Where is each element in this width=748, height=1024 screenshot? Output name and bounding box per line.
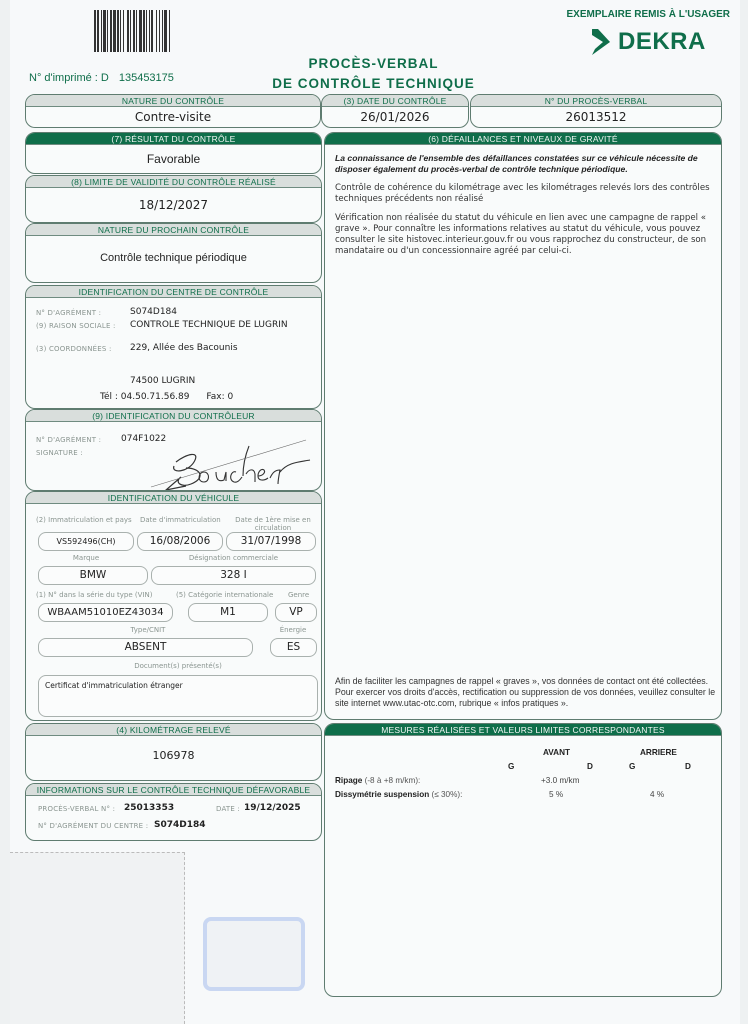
avant-header: AVANT — [543, 748, 570, 757]
page-title: PROCÈS-VERBAL DE CONTRÔLE TECHNIQUE — [266, 54, 481, 94]
brand-name: DEKRA — [618, 28, 706, 56]
tel-value: 04.50.71.56.89 — [121, 392, 190, 402]
ripage-row: Ripage (-8 à +8 m/km): — [335, 776, 420, 785]
documents-label: Document(s) présenté(s) — [38, 662, 318, 670]
defavorable-date-label: DATE : — [216, 805, 240, 813]
marque-field: BMW — [38, 566, 148, 585]
kilometrage-value: 106978 — [26, 736, 321, 776]
resultat-label: (7) RÉSULTAT DU CONTRÔLE — [26, 133, 321, 145]
tel-label: Tél : — [100, 392, 118, 402]
mesures-box: MESURES RÉALISÉES ET VALEURS LIMITES COR… — [324, 723, 722, 997]
detachable-stub — [10, 852, 185, 1024]
title-line-1: PROCÈS-VERBAL — [266, 54, 481, 74]
defavorable-date-value: 19/12/2025 — [244, 803, 301, 813]
ripage-limits: (-8 à +8 m/km): — [365, 776, 421, 785]
defavorable-agrement-value: S074D184 — [154, 820, 206, 830]
nature-controle-box: NATURE DU CONTRÔLE Contre-visite — [25, 94, 321, 128]
immat-label: (2) Immatriculation et pays — [36, 516, 132, 524]
dissymetrie-limits: (≤ 30%): — [431, 790, 462, 799]
centre-label: IDENTIFICATION DU CENTRE DE CONTRÔLE — [26, 286, 321, 298]
rgpd-notice: Afin de faciliter les campagnes de rappe… — [335, 676, 717, 709]
numero-pv-value: 26013512 — [471, 107, 721, 127]
defaillance-item: Contrôle de cohérence du kilométrage ave… — [335, 183, 711, 205]
centre-address-line-2: 74500 LUGRIN — [130, 376, 195, 386]
stamp-window — [203, 917, 305, 991]
immat-field: VS592496(CH) — [38, 532, 134, 551]
centre-coord-label: (3) COORDONNÉES : — [36, 345, 112, 353]
defavorable-label: INFORMATIONS SUR LE CONTRÔLE TECHNIQUE D… — [26, 784, 321, 796]
arriere-d-header: D — [685, 762, 691, 771]
dissymetrie-avant-value: 5 % — [549, 790, 563, 799]
vehicule-label: IDENTIFICATION DU VÉHICULE — [26, 492, 321, 504]
vehicule-box: IDENTIFICATION DU VÉHICULE (2) Immatricu… — [25, 491, 322, 721]
kilometrage-label: (4) KILOMÉTRAGE RELEVÉ — [26, 724, 321, 736]
date-controle-label: (3) DATE DU CONTRÔLE — [322, 95, 468, 107]
marque-label: Marque — [38, 554, 134, 562]
arriere-g-header: G — [629, 762, 635, 771]
energie-field: ES — [270, 638, 317, 657]
defaillances-box: (6) DÉFAILLANCES ET NIVEAUX DE GRAVITÉ L… — [324, 132, 722, 720]
controleur-label: (9) IDENTIFICATION DU CONTRÔLEUR — [26, 410, 321, 422]
energie-label: Énergie — [270, 626, 316, 634]
dissymetrie-label: Dissymétrie suspension — [335, 790, 429, 799]
imprime-number: N° d'imprimé : D135453175 — [29, 72, 174, 84]
defavorable-pv-value: 25013353 — [124, 803, 174, 813]
genre-field: VP — [275, 603, 317, 622]
documents-field: Certificat d'immatriculation étranger — [38, 675, 318, 717]
resultat-value: Favorable — [26, 145, 321, 173]
defavorable-box: INFORMATIONS SUR LE CONTRÔLE TECHNIQUE D… — [25, 783, 322, 841]
categorie-label: (5) Catégorie internationale — [176, 591, 273, 599]
date-mec-label: Date de 1ère mise en circulation — [230, 516, 316, 532]
mesures-label: MESURES RÉALISÉES ET VALEURS LIMITES COR… — [325, 724, 721, 736]
numero-pv-box: N° DU PROCÈS-VERBAL 26013512 — [470, 94, 722, 128]
ripage-label: Ripage — [335, 776, 362, 785]
signature-label: SIGNATURE : — [36, 449, 83, 457]
controleur-box: (9) IDENTIFICATION DU CONTRÔLEUR N° D'AG… — [25, 409, 322, 491]
prochain-controle-label: NATURE DU PROCHAIN CONTRÔLE — [26, 224, 321, 236]
centre-contact: Tél : 04.50.71.56.89 Fax: 0 — [100, 392, 233, 402]
date-immat-field: 16/08/2006 — [137, 532, 223, 551]
centre-raison-value: CONTROLE TECHNIQUE DE LUGRIN — [130, 320, 288, 330]
limite-validite-box: (8) LIMITE DE VALIDITÉ DU CONTRÔLE RÉALI… — [25, 175, 322, 223]
centre-agrement-label: N° D'AGRÉMENT : — [36, 309, 101, 317]
prochain-controle-value: Contrôle technique périodique — [26, 236, 321, 280]
dekra-logo: DEKRA — [590, 27, 706, 57]
designation-field: 328 I — [151, 566, 316, 585]
kilometrage-box: (4) KILOMÉTRAGE RELEVÉ 106978 — [25, 723, 322, 781]
centre-raison-label: (9) RAISON SOCIALE : — [36, 322, 116, 330]
defaillances-intro: La connaissance de l'ensemble des défail… — [335, 153, 711, 175]
centre-agrement-value: S074D184 — [130, 307, 177, 317]
barcode — [94, 10, 244, 52]
centre-address-line-1: 229, Allée des Bacounis — [130, 343, 238, 353]
avant-g-header: G — [508, 762, 514, 771]
date-immat-label: Date d'immatriculation — [140, 516, 221, 524]
numero-pv-label: N° DU PROCÈS-VERBAL — [471, 95, 721, 107]
defavorable-agrement-label: N° D'AGRÉMENT DU CENTRE : — [38, 822, 148, 830]
prochain-controle-box: NATURE DU PROCHAIN CONTRÔLE Contrôle tec… — [25, 223, 322, 283]
dissymetrie-row: Dissymétrie suspension (≤ 30%): — [335, 790, 462, 799]
copy-label: EXEMPLAIRE REMIS À L'USAGER — [566, 9, 730, 20]
type-label: Type/CNIT — [38, 626, 258, 634]
nature-controle-label: NATURE DU CONTRÔLE — [26, 95, 320, 107]
signature — [146, 432, 316, 491]
categorie-field: M1 — [188, 603, 268, 622]
resultat-box: (7) RÉSULTAT DU CONTRÔLE Favorable — [25, 132, 322, 174]
imprime-value: 135453175 — [119, 72, 174, 84]
date-controle-value: 26/01/2026 — [322, 107, 468, 127]
designation-label: Désignation commerciale — [151, 554, 316, 562]
dissymetrie-arriere-value: 4 % — [650, 790, 664, 799]
controleur-agrement-label: N° D'AGRÉMENT : — [36, 436, 101, 444]
limite-validite-value: 18/12/2027 — [26, 188, 321, 222]
defavorable-pv-label: PROCÈS-VERBAL N° : — [38, 805, 115, 813]
defaillance-item: Vérification non réalisée du statut du v… — [335, 213, 711, 257]
type-field: ABSENT — [38, 638, 253, 657]
avant-d-header: D — [587, 762, 593, 771]
centre-box: IDENTIFICATION DU CENTRE DE CONTRÔLE N° … — [25, 285, 322, 409]
fax-value: Fax: 0 — [206, 392, 233, 402]
title-line-2: DE CONTRÔLE TECHNIQUE — [266, 74, 481, 94]
dekra-arrow-icon — [590, 27, 612, 57]
vin-label: (1) N° dans la série du type (VIN) — [36, 591, 152, 599]
defaillances-label: (6) DÉFAILLANCES ET NIVEAUX DE GRAVITÉ — [325, 133, 721, 145]
arriere-header: ARRIERE — [640, 748, 677, 757]
vin-field: WBAAM51010EZ43034 — [38, 603, 173, 622]
date-mec-field: 31/07/1998 — [226, 532, 316, 551]
imprime-label: N° d'imprimé : D — [29, 72, 109, 84]
limite-validite-label: (8) LIMITE DE VALIDITÉ DU CONTRÔLE RÉALI… — [26, 176, 321, 188]
ripage-avant-value: +3.0 m/km — [541, 776, 579, 785]
date-controle-box: (3) DATE DU CONTRÔLE 26/01/2026 — [321, 94, 469, 128]
genre-label: Genre — [288, 591, 309, 599]
nature-controle-value: Contre-visite — [26, 107, 320, 127]
